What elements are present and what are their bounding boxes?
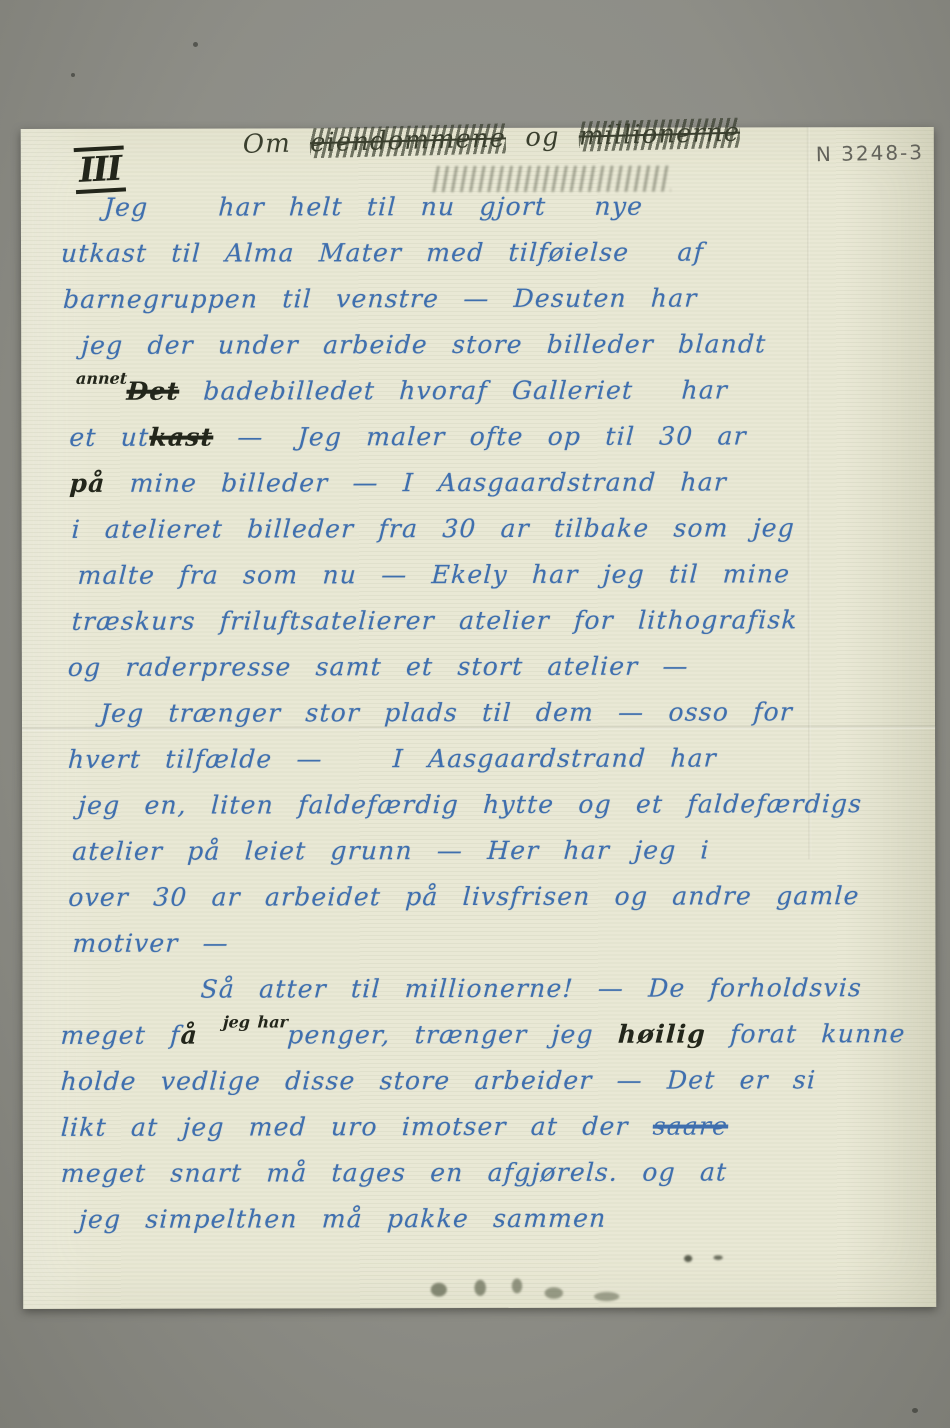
- letter-lines: Jeghar helt til nu gjort nyeutkast til A…: [59, 183, 911, 1243]
- letter-line: annetDet badebilledet hvoraf Galleriet h…: [58, 367, 910, 415]
- word-segment: I Aasgaardstrand har: [392, 743, 718, 773]
- letter-line: på mine billeder — I Aasgaardstrand har: [58, 459, 910, 507]
- word-segment: barnegruppen til venstre — Desuten har: [62, 284, 698, 314]
- letter-line: og raderpresse samt et stort atelier —: [59, 643, 911, 691]
- word-segment: —: [213, 422, 265, 451]
- word-segment: Jeg trænger stor plads til dem — osso fo…: [99, 697, 794, 727]
- word-segment: jeg har: [222, 999, 289, 1045]
- word-segment: utkast til Alma Mater med tilføielse af: [60, 238, 705, 268]
- word-segment: i atelieret billeder fra 30 ar tilbake s…: [71, 513, 796, 544]
- word-segment: å: [180, 1021, 199, 1050]
- backing-board-speck: [71, 73, 75, 77]
- ink-smudge: [673, 1249, 733, 1267]
- word-segment: jeg en, liten faldefærdig hytte og et fa…: [77, 789, 863, 820]
- word-segment: et ut: [69, 423, 150, 452]
- letter-line: jeg en, liten faldefærdig hytte og et fa…: [59, 781, 911, 829]
- letter-line: holde vedlige disse store arbeider — Det…: [60, 1057, 912, 1105]
- word-segment: meget f: [60, 1021, 181, 1050]
- word-segment: holde vedlige disse store arbeider — Det…: [60, 1065, 817, 1096]
- letter-line: malte fra som nu — Ekely har jeg til min…: [59, 551, 911, 599]
- word-segment: Det: [126, 377, 180, 406]
- scrawl-word-struck: millionerne: [578, 118, 740, 152]
- header-scrawl: Om eiendommene og millionerne: [242, 118, 723, 160]
- word-segment: kast: [149, 423, 214, 452]
- scan-background: { "document": { "page_number": "III", "a…: [0, 0, 950, 1428]
- word-segment: forat kunne: [705, 1019, 906, 1048]
- word-segment: penger, trænger jeg: [287, 1020, 619, 1050]
- letter-line: meget få jeg harpenger, trænger jeg høil…: [60, 1011, 912, 1059]
- letter-line: et utkast —Jeg maler ofte op til 30 ar: [58, 413, 910, 461]
- word-segment: atelier på leiet grunn — Her har jeg i: [72, 836, 711, 866]
- letter-line: over 30 ar arbeidet på livsfrisen og and…: [59, 873, 911, 921]
- word-segment: og raderpresse samt et stort atelier —: [67, 652, 689, 682]
- letter-page: III Om eiendommene og millionerne N 3248…: [21, 127, 936, 1309]
- archive-number: N 3248-3: [815, 140, 924, 166]
- word-segment: Jeg: [103, 193, 149, 222]
- word-segment: på: [69, 469, 107, 498]
- letter-line: jeg simpelthen må pakke sammen: [60, 1195, 912, 1243]
- scrawl-word-struck: eiendommene: [310, 123, 507, 158]
- letter-line: hvert tilfælde —I Aasgaardstrand har: [59, 735, 911, 783]
- word-segment: mine billeder — I Aasgaardstrand har: [105, 467, 728, 497]
- scrawl-word: og: [525, 122, 560, 153]
- word-segment: har helt til nu gjort nye: [218, 192, 644, 222]
- word-segment: likt at jeg med uro imotser at der: [60, 1112, 653, 1142]
- word-segment: annet: [67, 356, 129, 402]
- word-segment: [197, 1021, 223, 1050]
- letter-line: Jeg trænger stor plads til dem — osso fo…: [59, 689, 911, 737]
- scrawl-word: Om: [242, 129, 291, 160]
- word-segment: saare: [652, 1111, 729, 1140]
- letter-line: motiver —: [59, 919, 911, 967]
- word-segment: Så atter til millionerne! — De forholdsv…: [200, 973, 863, 1003]
- word-segment: badebilledet hvoraf Galleriet har: [179, 375, 729, 405]
- letter-line: jeg der under arbeide store billeder bla…: [58, 321, 910, 369]
- ink-smudge: [411, 1268, 641, 1304]
- word-segment: malte fra som nu — Ekely har jeg til min…: [77, 559, 791, 589]
- word-segment: motiver —: [72, 929, 230, 958]
- letter-line: træskurs friluftsatelierer atelier for l…: [59, 597, 911, 645]
- backing-board-speck: [912, 1408, 918, 1413]
- word-segment: høilig: [617, 1020, 706, 1049]
- letter-line: Så atter til millionerne! — De forholdsv…: [59, 965, 911, 1013]
- word-segment: over 30 ar arbeidet på livsfrisen og and…: [68, 881, 861, 912]
- letter-line: Jeghar helt til nu gjort nye: [58, 183, 910, 231]
- word-segment: træskurs friluftsatelierer atelier for l…: [71, 605, 798, 636]
- letter-line: utkast til Alma Mater med tilføielse af: [58, 229, 910, 277]
- word-segment: jeg simpelthen må pakke sammen: [78, 1204, 607, 1234]
- letter-line: likt at jeg med uro imotser at der saare: [60, 1103, 912, 1151]
- word-segment: meget snart må tages en afgjørels. og at: [60, 1157, 728, 1187]
- letter-line: atelier på leiet grunn — Her har jeg i: [59, 827, 911, 875]
- letter-line: i atelieret billeder fra 30 ar tilbake s…: [58, 505, 910, 553]
- letter-line: barnegruppen til venstre — Desuten har: [58, 275, 910, 323]
- word-segment: jeg der under arbeide store billeder bla…: [81, 329, 768, 359]
- letter-line: meget snart må tages en afgjørels. og at: [60, 1149, 912, 1197]
- word-segment: Jeg maler ofte op til 30 ar: [297, 421, 748, 451]
- word-segment: hvert tilfælde —: [67, 744, 323, 774]
- backing-board-speck: [193, 42, 198, 47]
